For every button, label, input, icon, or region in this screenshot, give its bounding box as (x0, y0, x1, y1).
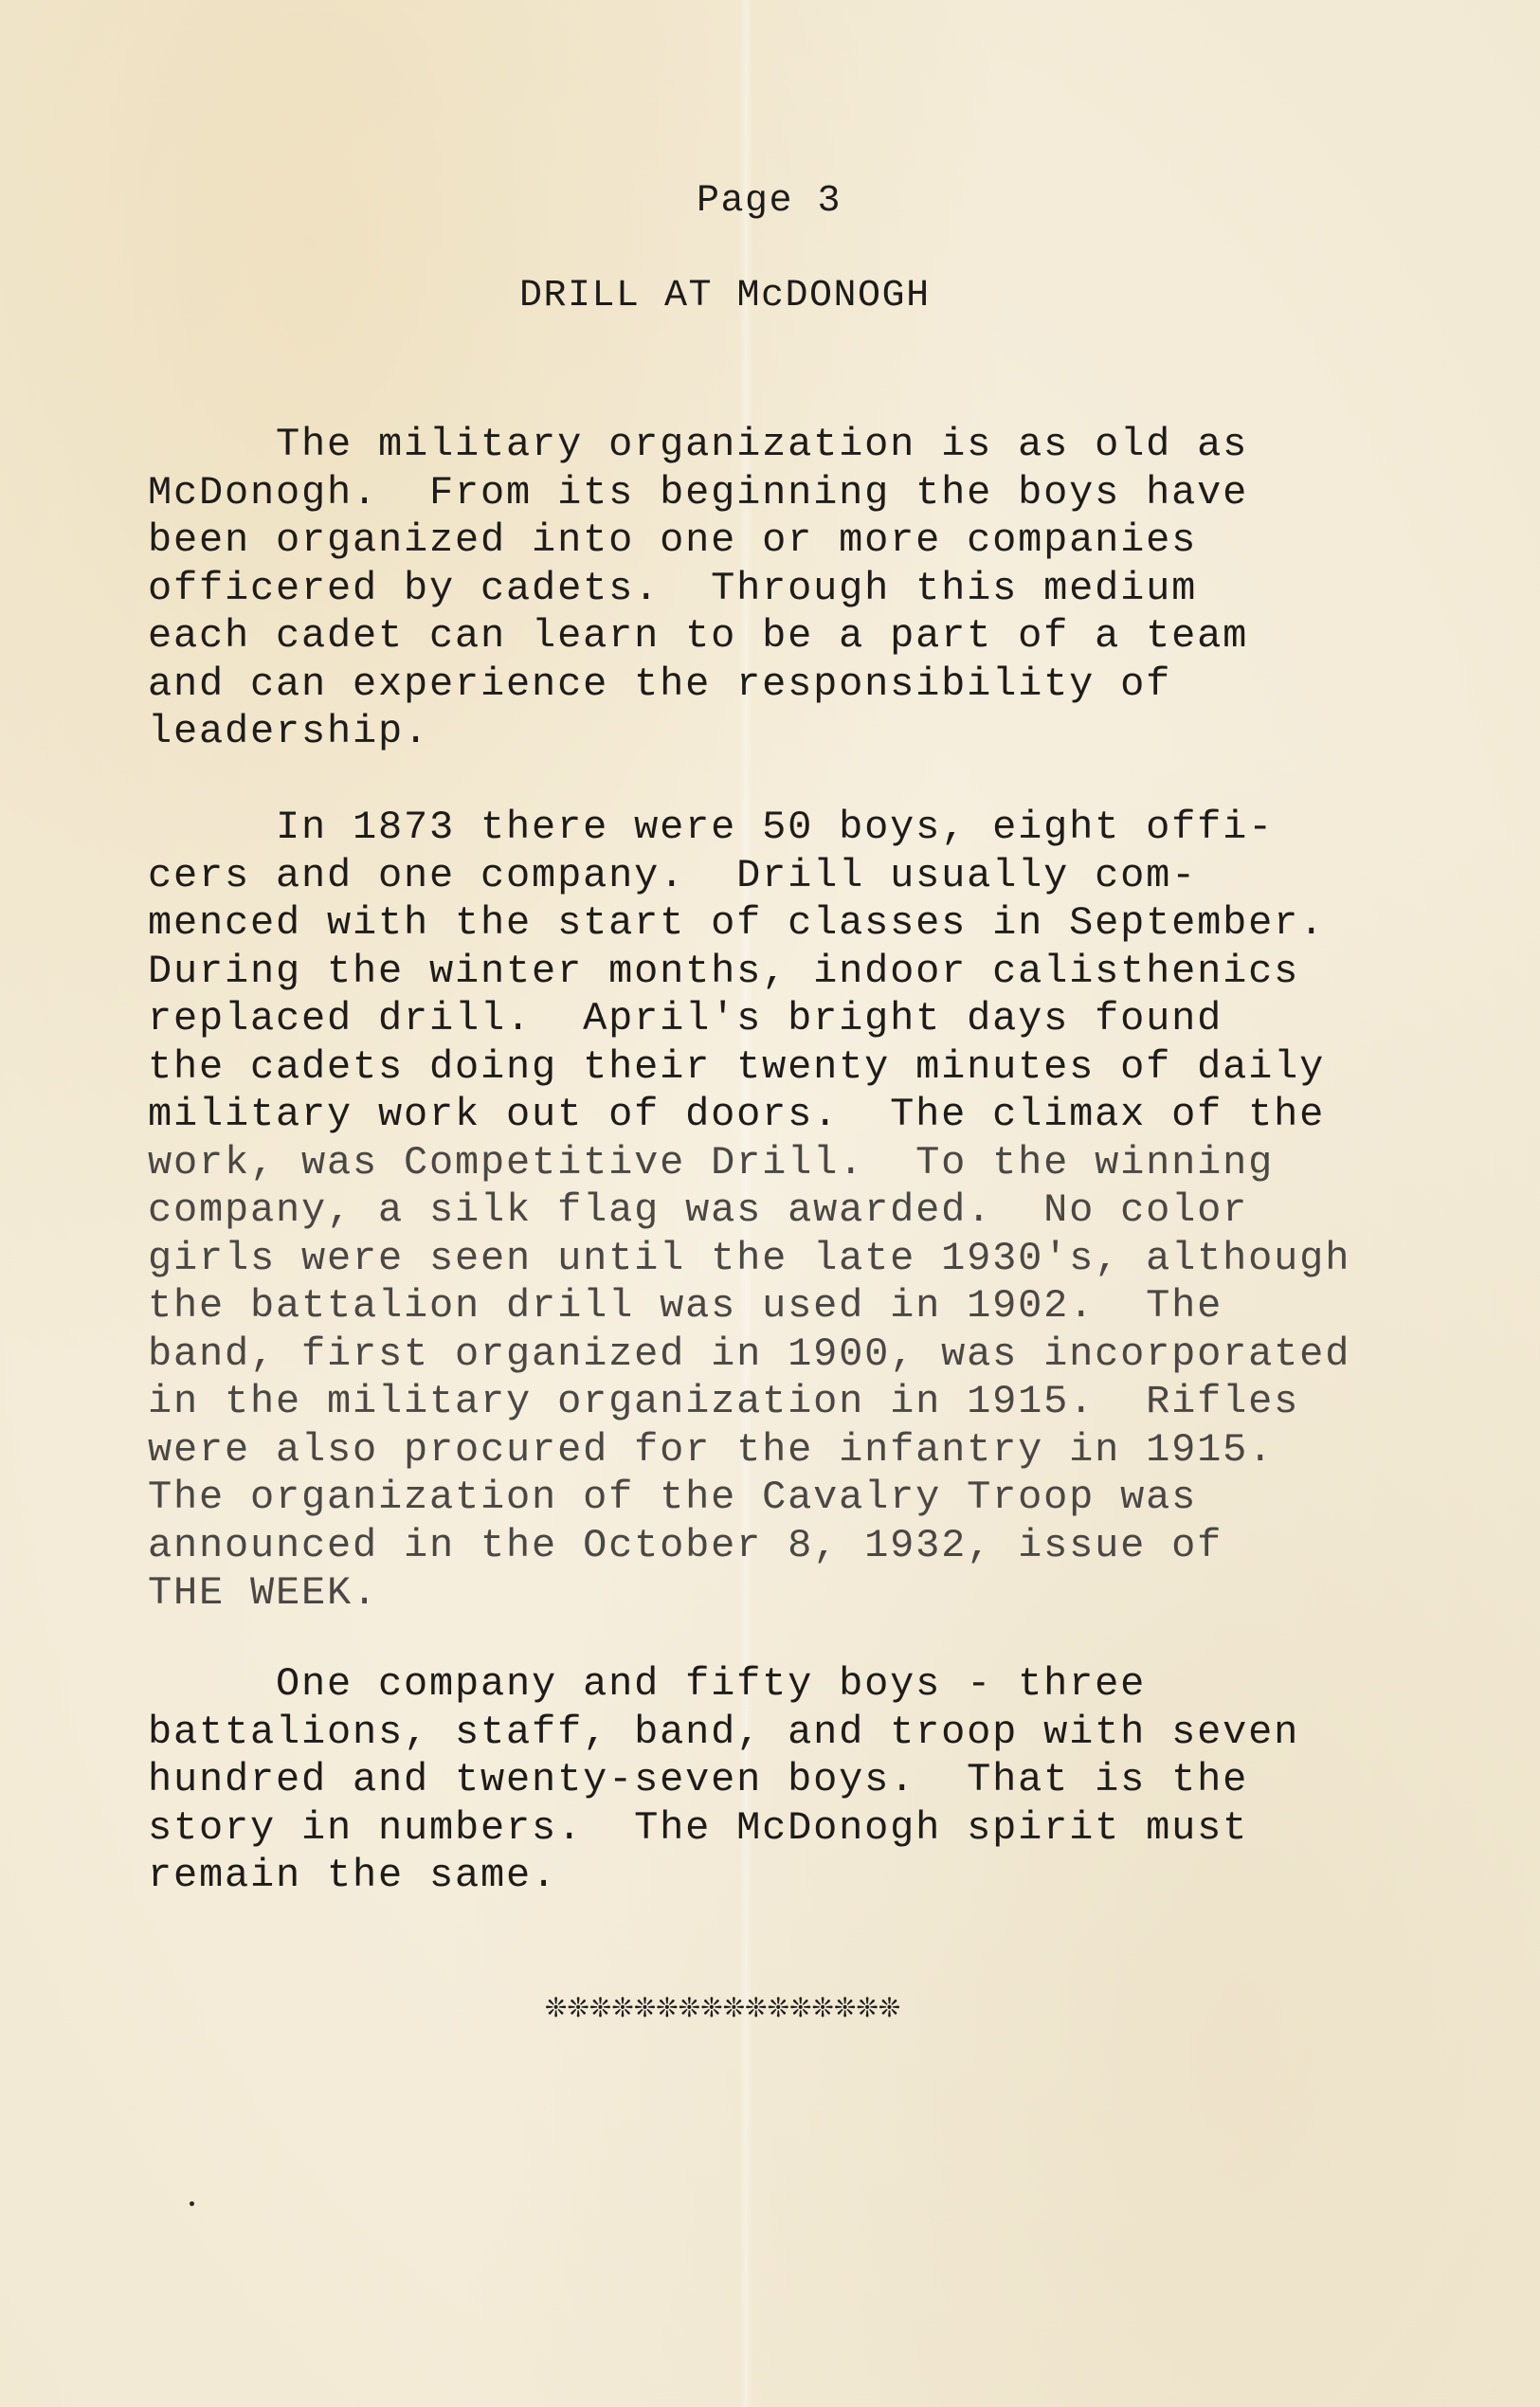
text-line: One company and fifty boys - three (148, 1660, 1299, 1709)
text-line: announced in the October 8, 1932, issue … (148, 1522, 1350, 1570)
text-line: officered by cadets. Through this medium (148, 565, 1248, 613)
text-line: During the winter months, indoor calisth… (148, 948, 1350, 996)
paragraph-history: In 1873 there were 50 boys, eight offi- … (148, 804, 1350, 1618)
text-line: work, was Competitive Drill. To the winn… (148, 1139, 1350, 1187)
text-line: hundred and twenty-seven boys. That is t… (148, 1756, 1299, 1804)
text-line: The military organization is as old as (148, 421, 1248, 469)
text-line: in the military organization in 1915. Ri… (148, 1378, 1350, 1426)
text-line: leadership. (148, 708, 1248, 756)
paragraph-origins: The military organization is as old as M… (148, 421, 1248, 756)
text-line: The organization of the Cavalry Troop wa… (148, 1474, 1350, 1522)
text-line: band, first organized in 1900, was incor… (148, 1330, 1350, 1379)
text-line: cers and one company. Drill usually com- (148, 852, 1350, 900)
text-line: each cadet can learn to be a part of a t… (148, 612, 1248, 661)
page-title: DRILL AT McDONOGH (519, 275, 931, 317)
asterisk-divider: ❊❊❊❊❊❊❊❊❊❊❊❊❊❊❊❊ (545, 1992, 900, 2023)
text-line: the battalion drill was used in 1902. Th… (148, 1282, 1350, 1330)
ink-speck (190, 2201, 194, 2206)
typed-page: Page 3 DRILL AT McDONOGH The military or… (0, 0, 1540, 2407)
text-line: THE WEEK. (148, 1569, 1350, 1618)
text-line: the cadets doing their twenty minutes of… (148, 1043, 1350, 1092)
text-line: company, a silk flag was awarded. No col… (148, 1186, 1350, 1235)
text-line: remain the same. (148, 1852, 1299, 1900)
text-line: In 1873 there were 50 boys, eight offi- (148, 804, 1350, 852)
paragraph-conclusion: One company and fifty boys - three batta… (148, 1660, 1299, 1900)
text-line: girls were seen until the late 1930's, a… (148, 1235, 1350, 1283)
text-line: and can experience the responsibility of (148, 661, 1248, 709)
text-line: McDonogh. From its beginning the boys ha… (148, 469, 1248, 517)
text-line: replaced drill. April's bright days foun… (148, 995, 1350, 1043)
text-line: were also procured for the infantry in 1… (148, 1426, 1350, 1475)
text-line: battalions, staff, band, and troop with … (148, 1709, 1299, 1757)
page-number: Page 3 (697, 180, 842, 223)
text-line: military work out of doors. The climax o… (148, 1091, 1350, 1139)
text-line: story in numbers. The McDonogh spirit mu… (148, 1804, 1299, 1853)
text-line: been organized into one or more companie… (148, 516, 1248, 565)
text-line: menced with the start of classes in Sept… (148, 899, 1350, 948)
